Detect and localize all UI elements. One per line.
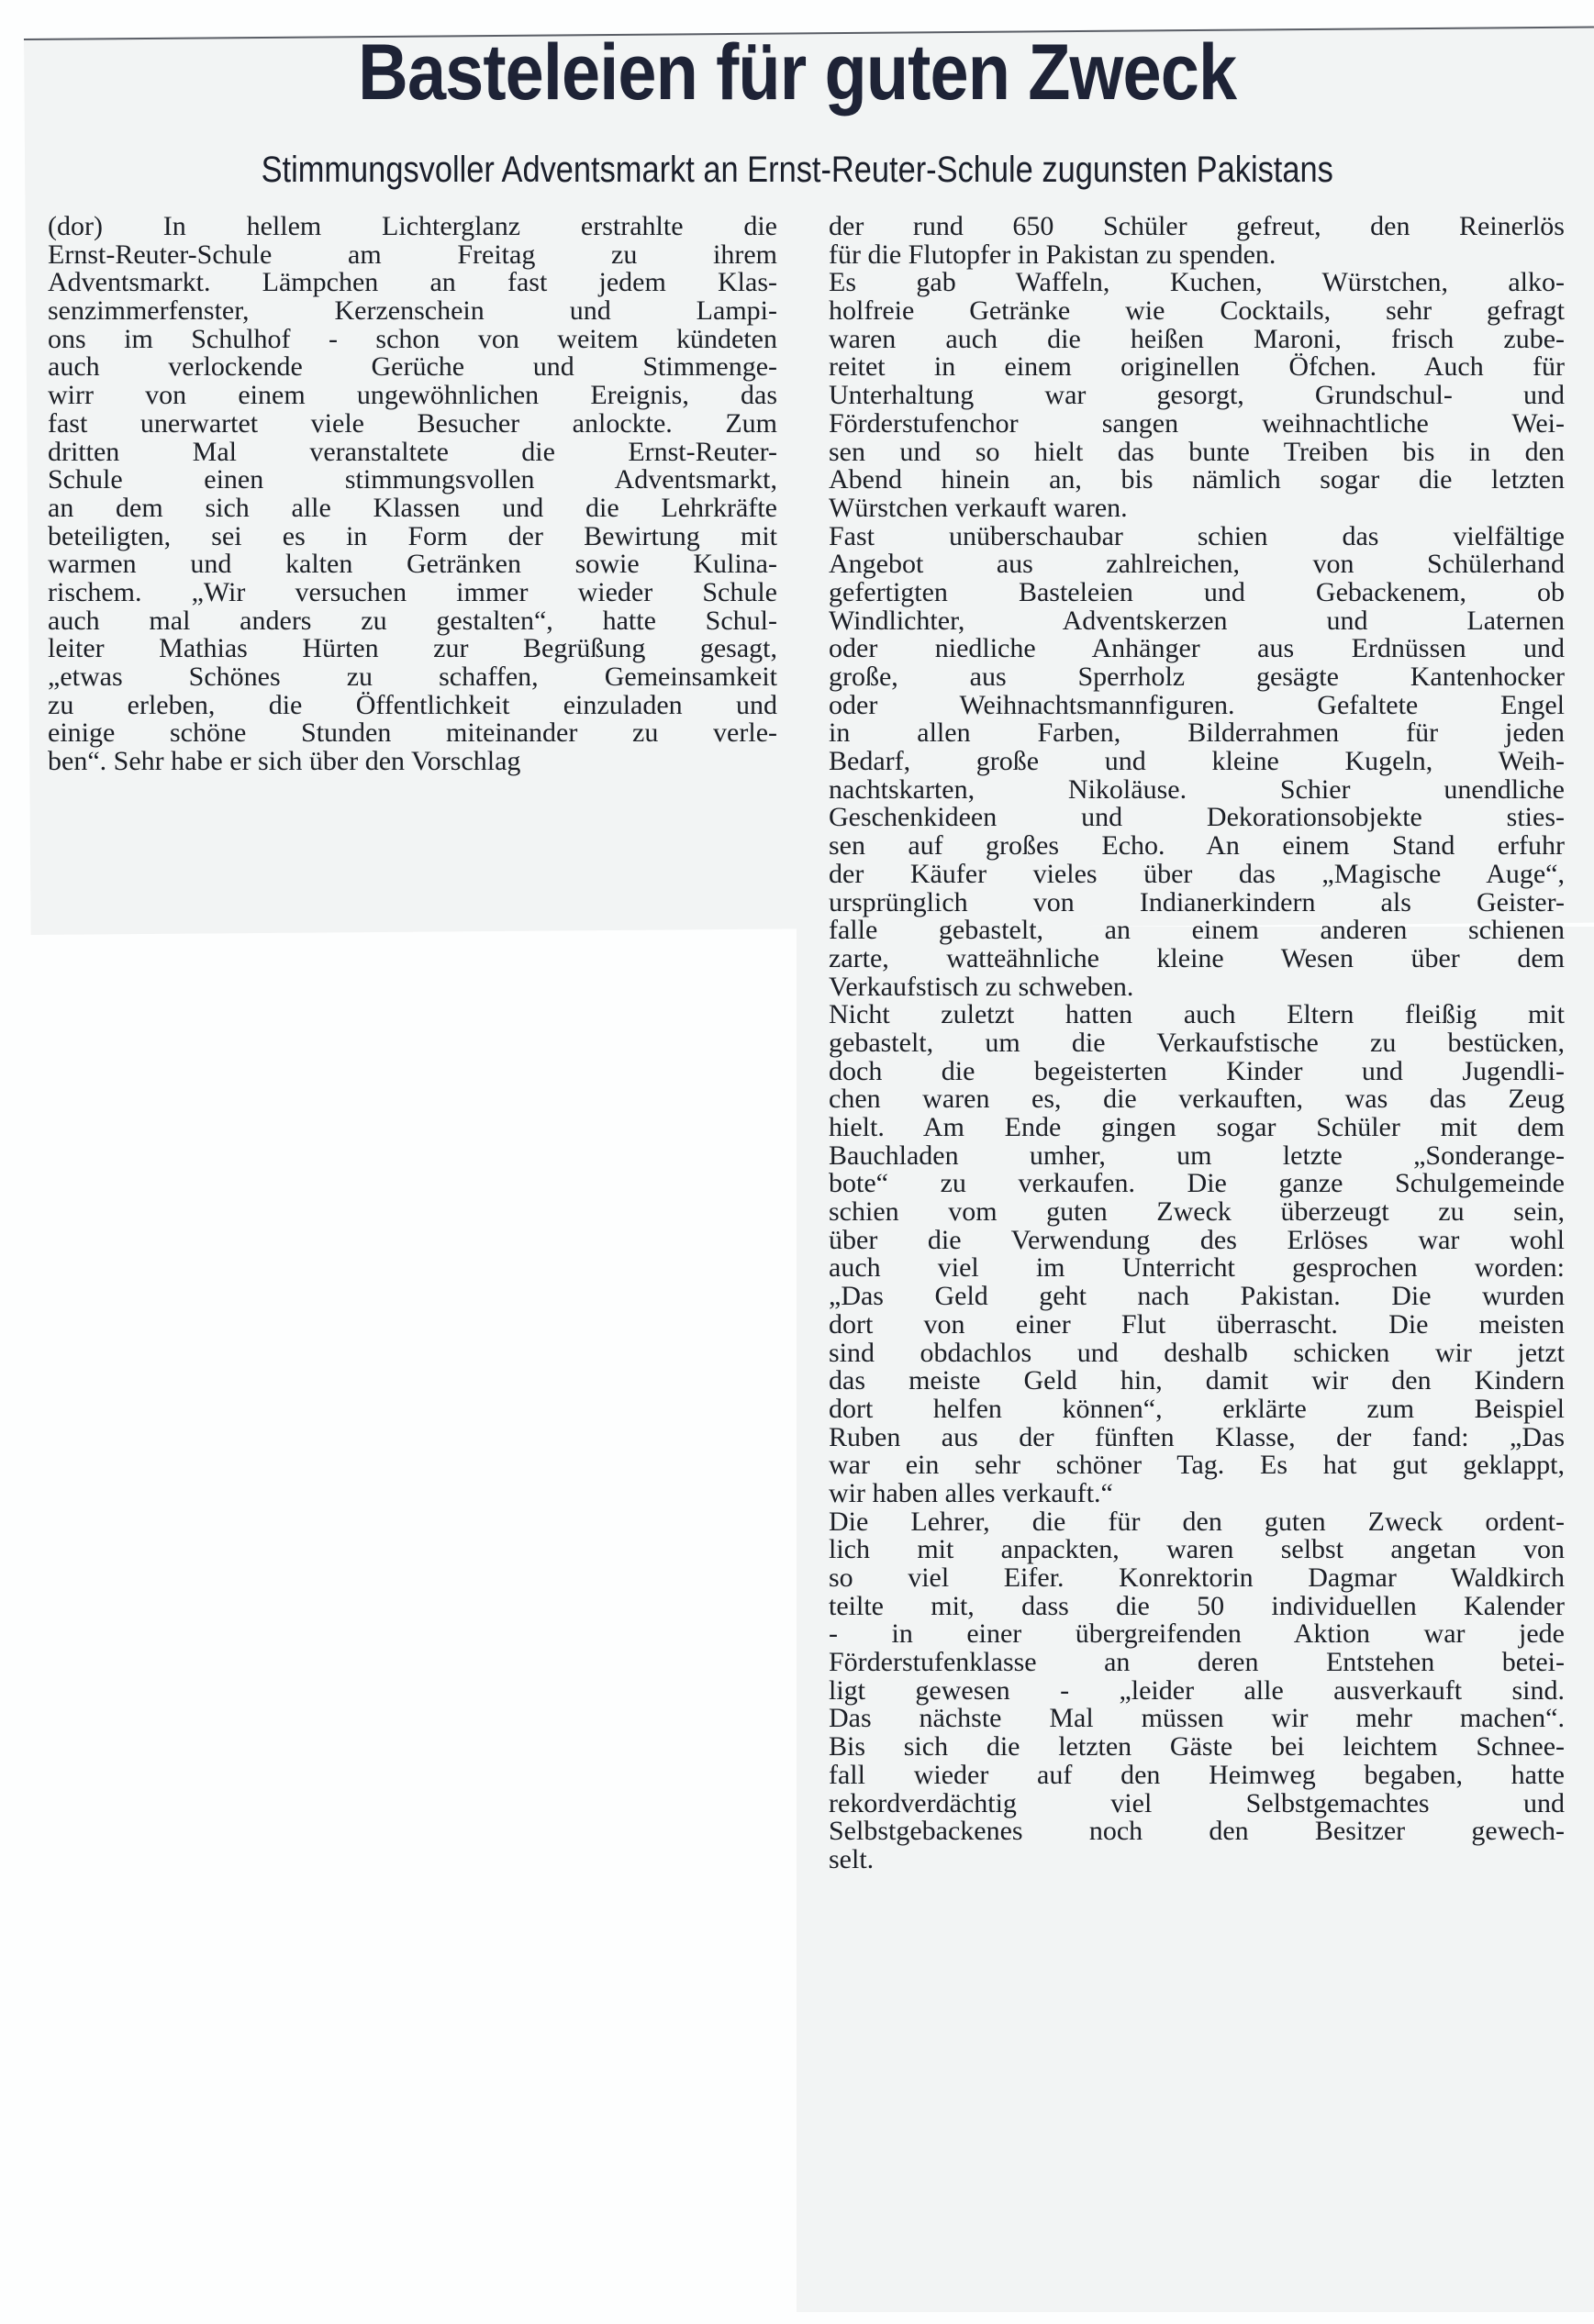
text-line: hielt. Am Ende gingen sogar Schüler mit … [829,1114,1565,1142]
text-line: auch viel im Unterricht gesprochen worde… [829,1254,1565,1283]
text-line: holfreie Getränke wie Cocktails, sehr ge… [829,297,1565,326]
text-line: Bauchladen umher, um letzte „Sonderange- [829,1142,1565,1171]
text-line: - in einer übergreifenden Aktion war jed… [829,1620,1565,1649]
text-line: war ein sehr schöner Tag. Es hat gut gek… [829,1451,1565,1480]
text-line: rekordverdächtig viel Selbstgemachtes un… [829,1790,1565,1818]
text-line: große, aus Sperrholz gesägte Kantenhocke… [829,663,1565,692]
article-paragraph: der rund 650 Schüler gefreut, den Reiner… [829,213,1565,269]
text-line: Schule einen stimmungsvollen Adventsmark… [48,466,777,495]
text-line: sen und so hielt das bunte Treiben bis i… [829,439,1565,467]
text-line: teilte mit, dass die 50 individuellen Ka… [829,1593,1565,1621]
text-line: Unterhaltung war gesorgt, Grundschul- un… [829,382,1565,410]
text-line: wir haben alles verkauft.“ [829,1480,1565,1508]
text-line: über die Verwendung des Erlöses war wohl [829,1227,1565,1255]
text-line: bote“ zu verkaufen. Die ganze Schulgemei… [829,1170,1565,1198]
text-line: ligt gewesen - „leider alle ausverkauft … [829,1677,1565,1706]
text-line: rischem. „Wir versuchen immer wieder Sch… [48,579,777,607]
text-line: reitet in einem originellen Öfchen. Auch… [829,353,1565,382]
text-line: doch die begeisterten Kinder und Jugendl… [829,1058,1565,1086]
text-line: der rund 650 Schüler gefreut, den Reiner… [829,213,1565,241]
text-line: Adventsmarkt. Lämpchen an fast jedem Kla… [48,269,777,297]
text-line: falle gebastelt, an einem anderen schien… [829,917,1565,945]
text-line: Bedarf, große und kleine Kugeln, Weih- [829,748,1565,776]
text-line: dritten Mal veranstaltete die Ernst-Reut… [48,439,777,467]
text-line: sind obdachlos und deshalb schicken wir … [829,1340,1565,1368]
text-line: warmen und kalten Getränken sowie Kulina… [48,550,777,579]
text-line: Förderstufenchor sangen weihnachtliche W… [829,410,1565,439]
text-line: oder Weihnachtsmannfiguren. Gefaltete En… [829,692,1565,720]
text-line: beteiligten, sei es in Form der Bewirtun… [48,523,777,551]
text-line: der Käufer vieles über das „Magische Aug… [829,861,1565,889]
text-line: Förderstufenklasse an deren Entstehen be… [829,1649,1565,1677]
text-line: ons im Schulhof - schon von weitem künde… [48,326,777,354]
text-line: sen auf großes Echo. An einem Stand erfu… [829,832,1565,861]
text-line: Bis sich die letzten Gäste bei leichtem … [829,1733,1565,1762]
text-line: Verkaufstisch zu schweben. [829,973,1565,1002]
text-line: Angebot aus zahlreichen, von Schülerhand [829,550,1565,579]
text-line: chen waren es, die verkauften, was das Z… [829,1085,1565,1114]
text-line: fall wieder auf den Heimweg begaben, hat… [829,1762,1565,1790]
text-line: schien vom guten Zweck überzeugt zu sein… [829,1198,1565,1227]
article-paragraph: Die Lehrer, die für den guten Zweck orde… [829,1508,1565,1874]
text-line: Nicht zuletzt hatten auch Eltern fleißig… [829,1001,1565,1029]
text-line: Selbstgebackenes noch den Besitzer gewec… [829,1818,1565,1846]
article-headline: Basteleien für guten Zweck [95,28,1499,118]
text-line: Das nächste Mal müssen wir mehr machen“. [829,1705,1565,1733]
text-line: ursprünglich von Indianerkindern als Gei… [829,889,1565,917]
text-line: dort helfen können“, erklärte zum Beispi… [829,1396,1565,1424]
text-line: oder niedliche Anhänger aus Erdnüssen un… [829,635,1565,663]
text-line: „etwas Schönes zu schaffen, Gemeinsamkei… [48,663,777,692]
text-line: lich mit anpackten, waren selbst angetan… [829,1536,1565,1564]
article-subheadline: Stimmungsvoller Adventsmarkt an Ernst-Re… [112,150,1483,191]
text-line: ben“. Sehr habe er sich über den Vorschl… [48,748,777,776]
text-line: an dem sich alle Klassen und die Lehrkrä… [48,495,777,523]
text-line: das meiste Geld hin, damit wir den Kinde… [829,1367,1565,1396]
text-line: Ruben aus der fünften Klasse, der fand: … [829,1424,1565,1452]
text-line: Würstchen verkauft waren. [829,495,1565,523]
text-line: Abend hinein an, bis nämlich sogar die l… [829,466,1565,495]
text-line: selt. [829,1846,1565,1874]
text-line: zu erleben, die Öffentlichkeit einzulade… [48,692,777,720]
text-line: für die Flutopfer in Pakistan zu spenden… [829,241,1565,270]
text-line: leiter Mathias Hürten zur Begrüßung gesa… [48,635,777,663]
text-line: senzimmerfenster, Kerzenschein und Lampi… [48,297,777,326]
text-line: (dor) In hellem Lichterglanz erstrahlte … [48,213,777,241]
text-line: Geschenkideen und Dekorationsobjekte sti… [829,804,1565,832]
text-line: waren auch die heißen Maroni, frisch zub… [829,326,1565,354]
article-paragraph: Es gab Waffeln, Kuchen, Würstchen, alko-… [829,269,1565,522]
article-column-right: der rund 650 Schüler gefreut, den Reiner… [829,213,1565,1874]
text-line: fast unerwartet viele Besucher anlockte.… [48,410,777,439]
text-line: Es gab Waffeln, Kuchen, Würstchen, alko- [829,269,1565,297]
text-line: in allen Farben, Bilderrahmen für jeden [829,719,1565,748]
text-line: dort von einer Flut überrascht. Die meis… [829,1311,1565,1340]
text-line: Windlichter, Adventskerzen und Laternen [829,607,1565,636]
text-line: gefertigten Basteleien und Gebackenem, o… [829,579,1565,607]
text-line: „Das Geld geht nach Pakistan. Die wurden [829,1283,1565,1311]
text-line: gebastelt, um die Verkaufstische zu best… [829,1029,1565,1058]
article-paragraph: Nicht zuletzt hatten auch Eltern fleißig… [829,1001,1565,1507]
text-line: Fast unüberschaubar schien das vielfälti… [829,523,1565,551]
text-line: Die Lehrer, die für den guten Zweck orde… [829,1508,1565,1537]
article-paragraph: (dor) In hellem Lichterglanz erstrahlte … [48,213,777,776]
text-line: Ernst-Reuter-Schule am Freitag zu ihrem [48,241,777,270]
article-column-left: (dor) In hellem Lichterglanz erstrahlte … [48,213,777,776]
article-paragraph: Fast unüberschaubar schien das vielfälti… [829,523,1565,1002]
text-line: auch verlockende Gerüche und Stimmenge- [48,353,777,382]
text-line: so viel Eifer. Konrektorin Dagmar Waldki… [829,1564,1565,1593]
text-line: zarte, watteähnliche kleine Wesen über d… [829,945,1565,973]
text-line: auch mal anders zu gestalten“, hatte Sch… [48,607,777,636]
text-line: nachtskarten, Nikoläuse. Schier unendlic… [829,776,1565,805]
text-line: einige schöne Stunden miteinander zu ver… [48,719,777,748]
text-line: wirr von einem ungewöhnlichen Ereignis, … [48,382,777,410]
